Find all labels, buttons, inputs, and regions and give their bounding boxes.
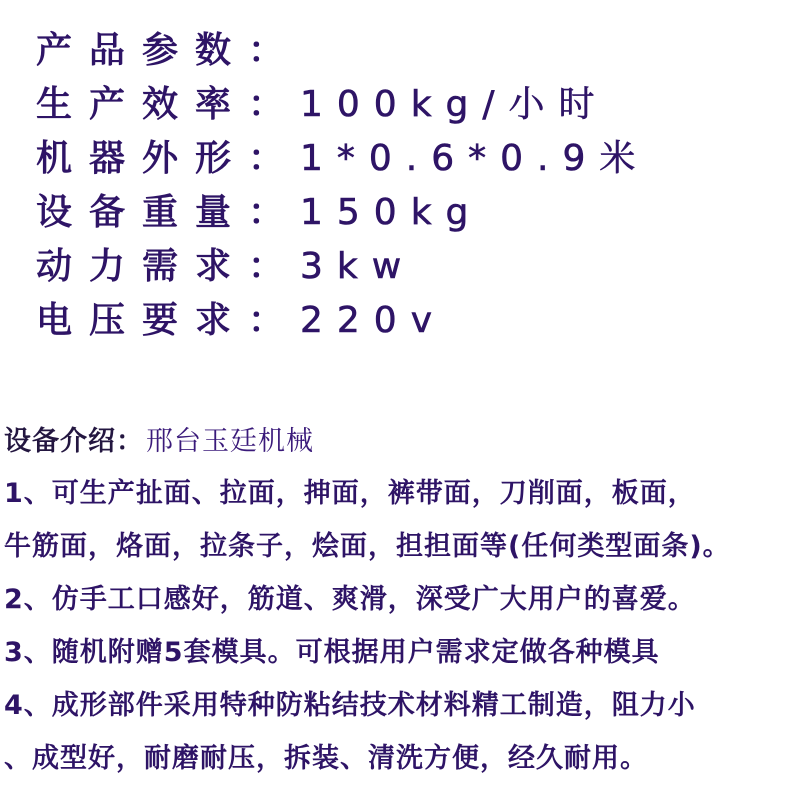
param-value: 220v bbox=[300, 294, 446, 348]
param-value: 3kw bbox=[300, 240, 415, 294]
intro-line: 3、随机附赠5套模具。可根据用户需求定做各种模具 bbox=[4, 631, 660, 684]
param-value: 150kg bbox=[300, 186, 482, 240]
param-label: 生产效率： bbox=[36, 78, 301, 132]
intro-line: 1、可生产扯面、拉面，抻面，裤带面，刀削面，板面， bbox=[4, 472, 696, 525]
param-label: 电压要求： bbox=[36, 294, 301, 348]
intro-line: 牛筋面，烙面，拉条子，烩面，担担面等(任何类型面条)。 bbox=[4, 525, 731, 578]
intro-line: 、成型好，耐磨耐压，拆装、清洗方便，经久耐用。 bbox=[4, 737, 648, 790]
intro-line: 2、仿手工口感好，筋道、爽滑，深受广大用户的喜爱。 bbox=[4, 578, 696, 631]
param-label: 设备重量： bbox=[36, 186, 301, 240]
param-row-power: 动力需求： 3kw bbox=[36, 240, 796, 294]
intro-heading: 设备介绍： bbox=[4, 426, 144, 457]
param-row-voltage: 电压要求： 220v bbox=[36, 294, 796, 348]
intro-line: 4、成形部件采用特种防粘结技术材料精工制造，阻力小 bbox=[4, 684, 696, 737]
param-row-weight: 设备重量： 150kg bbox=[36, 186, 796, 240]
company-name: 邢台玉廷机械 bbox=[146, 426, 314, 457]
param-label: 机器外形： bbox=[36, 132, 301, 186]
params-title: 产品参数： bbox=[36, 24, 301, 78]
param-value: 100kg/小时 bbox=[300, 78, 609, 132]
param-row-efficiency: 生产效率： 100kg/小时 bbox=[36, 78, 796, 132]
param-value: 1*0.6*0.9米 bbox=[300, 132, 649, 186]
param-row-dimensions: 机器外形： 1*0.6*0.9米 bbox=[36, 132, 796, 186]
intro-heading-line: 设备介绍：邢台玉廷机械 bbox=[4, 420, 314, 473]
param-label: 动力需求： bbox=[36, 240, 301, 294]
